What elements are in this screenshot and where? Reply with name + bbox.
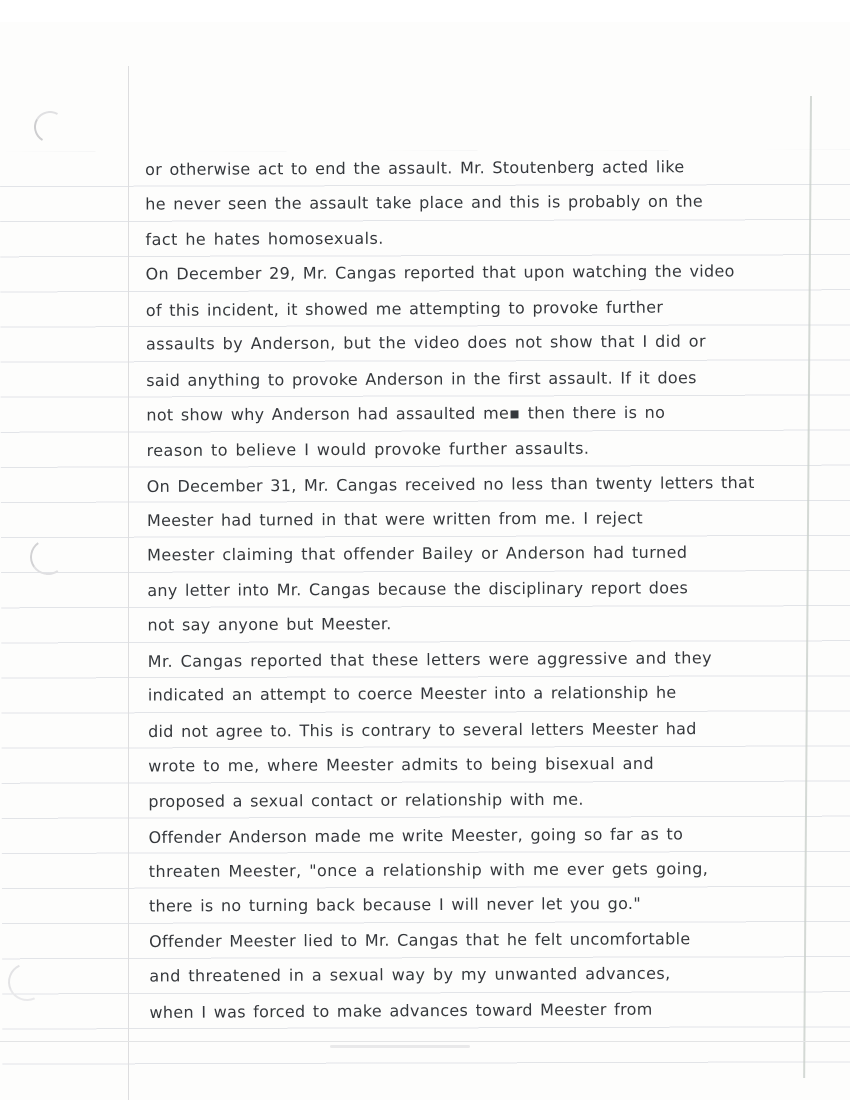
handwritten-line: or otherwise act to end the assault. Mr.… xyxy=(145,148,835,187)
handwritten-line: wrote to me, where Meester admits to bei… xyxy=(148,744,838,783)
handwritten-line: did not agree to. This is contrary to se… xyxy=(148,710,838,749)
handwritten-line: reason to believe I would provoke furthe… xyxy=(146,429,836,468)
scanned-page: or otherwise act to end the assault. Mr.… xyxy=(0,0,850,1100)
scan-smudge xyxy=(330,1045,470,1048)
handwritten-text-block: or otherwise act to end the assault. Mr.… xyxy=(145,148,840,1029)
handwritten-line: not say anyone but Meester. xyxy=(147,604,837,643)
handwritten-line: indicated an attempt to coerce Meester i… xyxy=(148,674,838,713)
handwritten-line: said anything to provoke Anderson in the… xyxy=(146,359,836,398)
handwritten-line: Offender Anderson made me write Meester,… xyxy=(148,815,838,855)
handwritten-line: of this incident, it showed me attemptin… xyxy=(146,289,836,329)
handwritten-line: assaults by Anderson, but the video does… xyxy=(146,323,836,362)
handwritten-line: On December 29, Mr. Cangas reported that… xyxy=(146,253,836,292)
handwritten-line: not show why Anderson had assaulted me▪ … xyxy=(146,394,836,433)
handwritten-line: there is no turning back because I will … xyxy=(149,885,839,924)
handwritten-line: proposed a sexual contact or relationshi… xyxy=(148,780,838,819)
handwritten-line: when I was forced to make advances towar… xyxy=(149,991,839,1031)
left-margin-line xyxy=(128,66,129,1100)
handwritten-line: Meester had turned in that were written … xyxy=(147,499,837,538)
handwritten-line: Offender Meester lied to Mr. Cangas that… xyxy=(149,920,839,959)
handwritten-line: and threatened in a sexual way by my unw… xyxy=(149,955,839,994)
handwritten-line: Meester claiming that offender Bailey or… xyxy=(147,534,837,573)
scan-smudge-line xyxy=(0,1041,850,1042)
handwritten-line: fact he hates homosexuals. xyxy=(145,219,835,258)
handwritten-line: Mr. Cangas reported that these letters w… xyxy=(148,640,838,680)
handwritten-line: any letter into Mr. Cangas because the d… xyxy=(147,570,837,609)
handwritten-line: threaten Meester, "once a relationship w… xyxy=(149,850,839,889)
handwritten-line: On December 31, Mr. Cangas received no l… xyxy=(147,464,837,504)
handwritten-line: he never seen the assault take place and… xyxy=(145,183,835,222)
